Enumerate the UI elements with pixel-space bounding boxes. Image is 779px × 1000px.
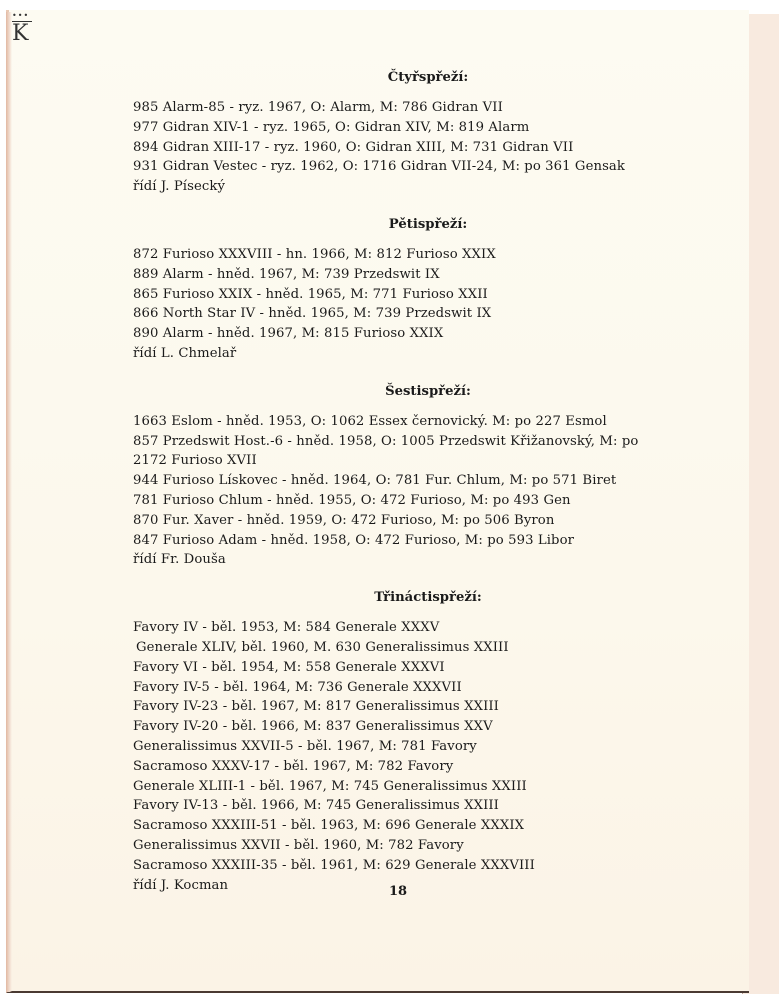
driver-line: řídí J. Písecký (133, 177, 693, 197)
logo-k-icon: ••• K (12, 12, 34, 48)
horse-entry: 870 Fur. Xaver - hněd. 1959, O: 472 Furi… (133, 511, 693, 531)
section-heading: Pětispřeží: (133, 215, 693, 234)
logo-letter: K (12, 23, 34, 45)
driver-line: řídí Fr. Douša (133, 550, 693, 570)
horse-entry: Generale XLIV, běl. 1960, M. 630 General… (133, 638, 693, 658)
horse-entry: Sacramoso XXXV-17 - běl. 1967, M: 782 Fa… (133, 757, 693, 777)
page-binding-edge (6, 12, 12, 992)
horse-entry: Generale XLIII-1 - běl. 1967, M: 745 Gen… (133, 777, 693, 797)
horse-entry: 894 Gidran XIII-17 - ryz. 1960, O: Gidra… (133, 138, 693, 158)
horse-entry: Favory IV-23 - běl. 1967, M: 817 General… (133, 697, 693, 717)
horse-entry: Sacramoso XXXIII-51 - běl. 1963, M: 696 … (133, 816, 693, 836)
horse-entry: 781 Furioso Chlum - hněd. 1955, O: 472 F… (133, 491, 693, 511)
horse-entry: 872 Furioso XXXVIII - hn. 1966, M: 812 F… (133, 245, 693, 265)
horse-entry: 889 Alarm - hněd. 1967, M: 739 Przedswit… (133, 265, 693, 285)
horse-entry: 1663 Eslom - hněd. 1953, O: 1062 Essex č… (133, 412, 693, 432)
horse-entry: Generalissimus XXVII-5 - běl. 1967, M: 7… (133, 737, 693, 757)
horse-entry: Sacramoso XXXIII-35 - běl. 1961, M: 629 … (133, 856, 693, 876)
page-content: Čtyřspřeží:985 Alarm-85 - ryz. 1967, O: … (133, 68, 693, 913)
horse-entry: 890 Alarm - hněd. 1967, M: 815 Furioso X… (133, 324, 693, 344)
horse-entry: 944 Furioso Lískovec - hněd. 1964, O: 78… (133, 471, 693, 491)
horse-entry: 985 Alarm-85 - ryz. 1967, O: Alarm, M: 7… (133, 98, 693, 118)
horse-entry: 866 North Star IV - hněd. 1965, M: 739 P… (133, 304, 693, 324)
horse-entry: 2172 Furioso XVII (133, 451, 693, 471)
horse-entry: Favory VI - běl. 1954, M: 558 Generale X… (133, 658, 693, 678)
driver-line: řídí L. Chmelař (133, 344, 693, 364)
section: Třináctispřeží:Favory IV - běl. 1953, M:… (133, 588, 693, 895)
page-number: 18 (389, 884, 407, 899)
horse-entry: Favory IV-13 - běl. 1966, M: 745 General… (133, 796, 693, 816)
section: Pětispřeží:872 Furioso XXXVIII - hn. 196… (133, 215, 693, 364)
section: Čtyřspřeží:985 Alarm-85 - ryz. 1967, O: … (133, 68, 693, 197)
logo-dots: ••• (12, 12, 34, 20)
horse-entry: Favory IV - běl. 1953, M: 584 Generale X… (133, 618, 693, 638)
horse-entry: Favory IV-5 - běl. 1964, M: 736 Generale… (133, 678, 693, 698)
section: Šestispřeží:1663 Eslom - hněd. 1953, O: … (133, 382, 693, 570)
section-heading: Čtyřspřeží: (133, 68, 693, 87)
horse-entry: 865 Furioso XXIX - hněd. 1965, M: 771 Fu… (133, 285, 693, 305)
horse-entry: 847 Furioso Adam - hněd. 1958, O: 472 Fu… (133, 531, 693, 551)
driver-line: řídí J. Kocman (133, 876, 693, 896)
section-heading: Šestispřeží: (133, 382, 693, 401)
horse-entry: 931 Gidran Vestec - ryz. 1962, O: 1716 G… (133, 157, 693, 177)
horse-entry: 857 Przedswit Host.-6 - hněd. 1958, O: 1… (133, 432, 693, 452)
section-heading: Třináctispřeží: (133, 588, 693, 607)
horse-entry: 977 Gidran XIV-1 - ryz. 1965, O: Gidran … (133, 118, 693, 138)
horse-entry: Favory IV-20 - běl. 1966, M: 837 General… (133, 717, 693, 737)
horse-entry: Generalissimus XXVII - běl. 1960, M: 782… (133, 836, 693, 856)
